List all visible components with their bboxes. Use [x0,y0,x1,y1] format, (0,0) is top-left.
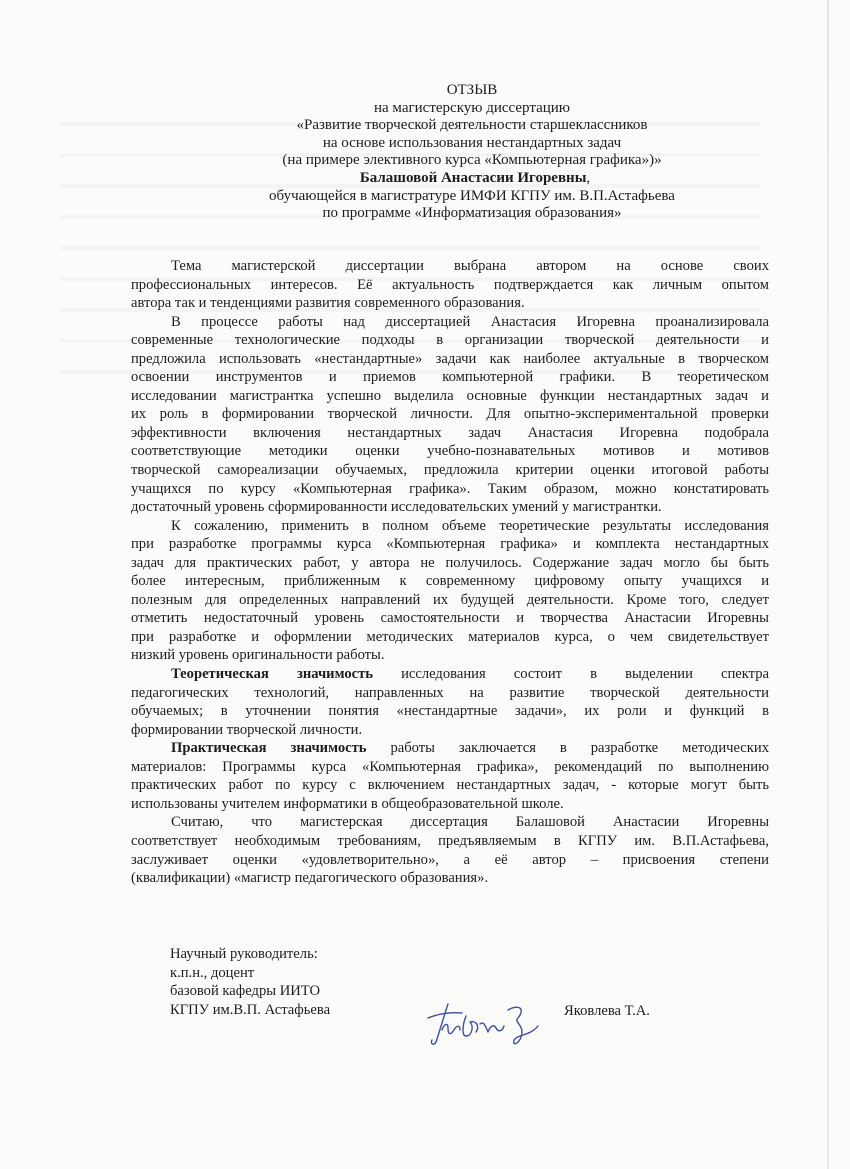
signer-role: Научный руководитель: [170,945,730,964]
text-line: (квалификации) «магистр педагогического … [131,869,769,888]
text-line: профессиональных интересов. Её актуально… [131,276,769,295]
thesis-title-line: (на примере элективного курса «Компьютер… [47,152,850,170]
text-line: более интересным, приближенным к совреме… [131,572,769,591]
text-line: автора так и тенденциями развития соврем… [131,294,769,313]
text-line: эффективности включения нестандартных за… [131,424,769,443]
text-line: исследовании магистрантка успешно выдели… [131,387,769,406]
text-line: задач для практических работ, у автора н… [131,554,769,573]
lead-rest: работы заключается в разработке методиче… [367,740,770,756]
text-line: использованы учителем информатики в обще… [131,795,769,814]
document-subtitle: на магистерскую диссертацию [47,100,850,118]
paragraph-shortcomings: К сожалению, применить в полном объеме т… [131,517,769,665]
bold-lead: Теоретическая значимость [171,666,373,682]
text-line: К сожалению, применить в полном объеме т… [131,517,769,536]
text-line: отметить недостаточный уровень самостоят… [131,609,769,628]
text-line: заслуживает оценки «удовлетворительно», … [131,851,769,870]
text-line: полезным для определенных направлений их… [131,591,769,610]
signer-name: Яковлева Т.А. [564,1003,650,1020]
text-line: Практическая значимость работы заключает… [131,739,769,758]
text-line: обучаемых; в уточнении понятия «нестанда… [131,702,769,721]
document-body: Тема магистерской диссертации выбрана ав… [131,257,769,888]
document-header: ОТЗЫВ на магистерскую диссертацию «Разви… [0,82,850,223]
paragraph-theoretical-significance: Теоретическая значимость исследования со… [131,665,769,739]
text-line: современные технологические подходы в ор… [131,331,769,350]
thesis-title-line: на основе использования нестандартных за… [47,135,850,153]
text-line: освоении инструментов и приемов компьюте… [131,368,769,387]
paragraph-process: В процессе работы над диссертацией Анаст… [131,313,769,517]
text-line: Тема магистерской диссертации выбрана ав… [131,257,769,276]
text-line: их роль в формировании творческой личнос… [131,405,769,424]
author-suffix: , [586,170,590,186]
author-name: Балашовой Анастасии Игоревны [360,170,587,186]
text-line: творческой самореализации обучаемых, пре… [131,461,769,480]
signer-degree: к.п.н., доцент [170,964,730,983]
text-line: достаточный уровень сформированности исс… [131,498,769,517]
text-line: В процессе работы над диссертацией Анаст… [131,313,769,332]
text-line: Теоретическая значимость исследования со… [131,665,769,684]
text-line: при разработке и оформлении методических… [131,628,769,647]
text-line: при разработке программы курса «Компьюте… [131,535,769,554]
text-line: соответствует необходимым требованиям, п… [131,832,769,851]
handwritten-signature-icon [418,996,548,1056]
paragraph-topic: Тема магистерской диссертации выбрана ав… [131,257,769,313]
review-document: ОТЗЫВ на магистерскую диссертацию «Разви… [0,0,850,1169]
text-line: Считаю, что магистерская диссертация Бал… [131,813,769,832]
lead-rest: исследования состоит в выделении спектра [373,666,769,682]
text-line: материалов: Программы курса «Компьютерна… [131,758,769,777]
program-line: по программе «Информатизация образования… [47,205,850,223]
text-line: педагогических технологий, направленных … [131,684,769,703]
text-line: низкий уровень оригинальности работы. [131,646,769,665]
text-line: соответствующие методики оценки учебно-п… [131,442,769,461]
document-title: ОТЗЫВ [47,82,850,100]
paragraph-conclusion: Считаю, что магистерская диссертация Бал… [131,813,769,887]
thesis-title-line: «Развитие творческой деятельности старше… [47,117,850,135]
author-line: Балашовой Анастасии Игоревны, [50,170,850,188]
text-line: практических работ по курсу с включением… [131,776,769,795]
text-line: учащихся по курсу «Компьютерная графика»… [131,480,769,499]
paragraph-practical-significance: Практическая значимость работы заключает… [131,739,769,813]
text-line: предложила использовать «нестандартные» … [131,350,769,369]
study-line: обучающейся в магистратуре ИМФИ КГПУ им.… [47,188,850,206]
bold-lead: Практическая значимость [171,740,367,756]
text-line: формировании творческой личности. [131,721,769,740]
